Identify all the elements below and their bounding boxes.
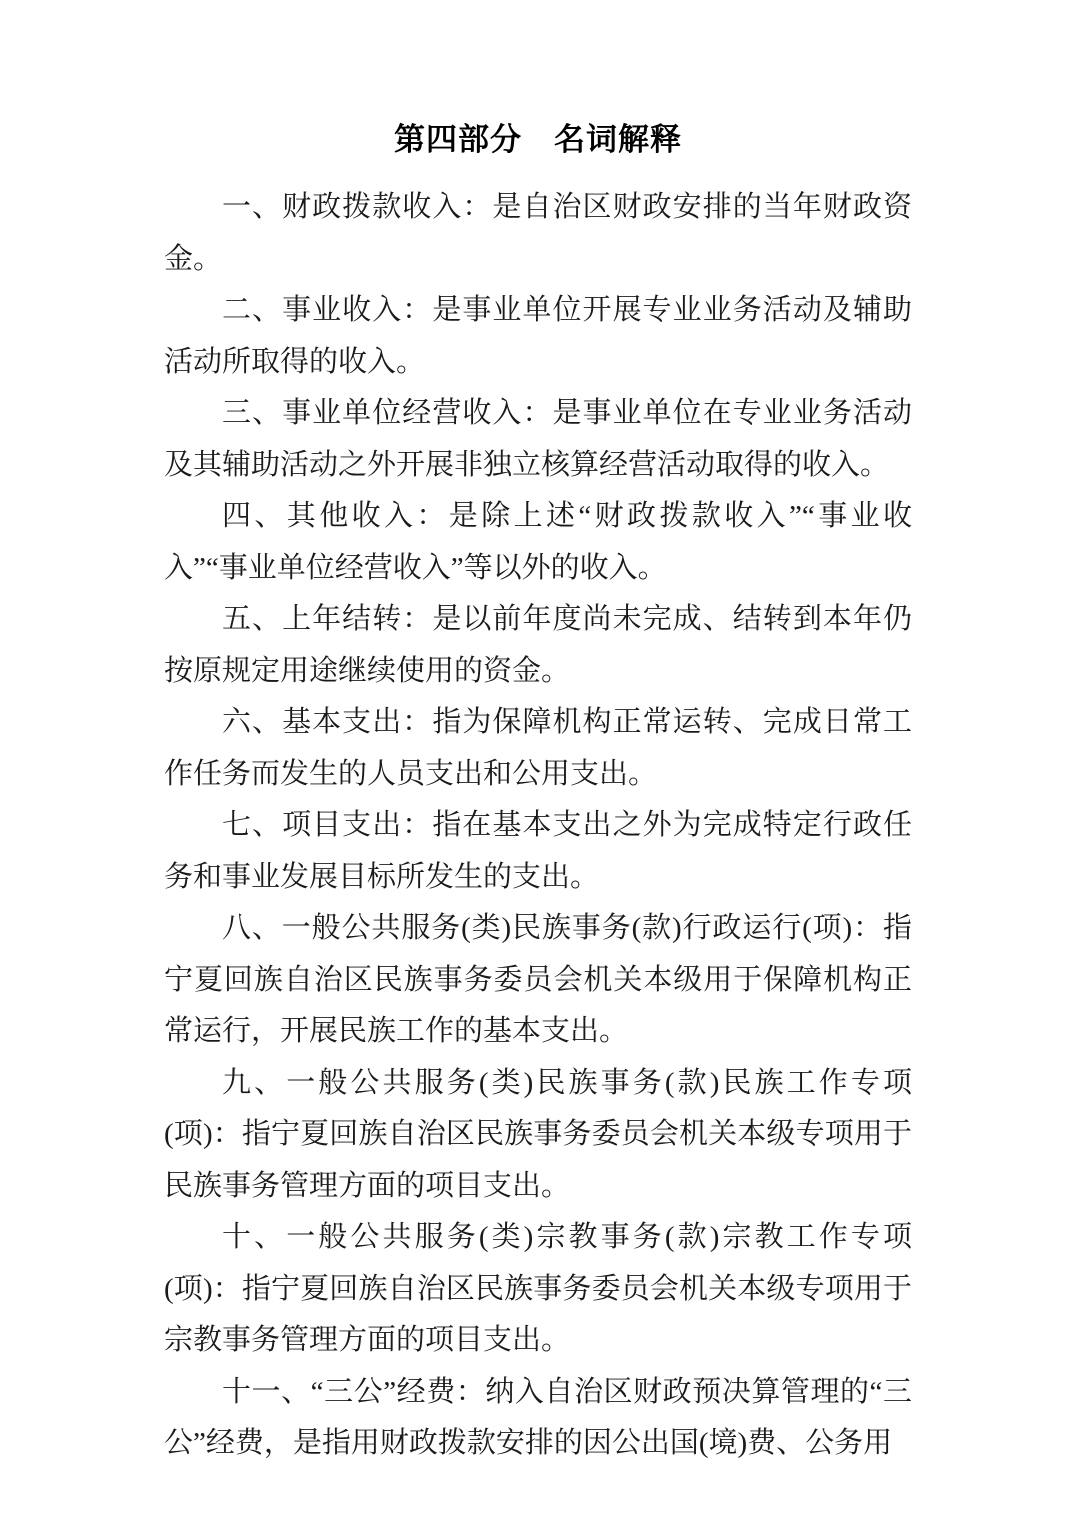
- definition-paragraph-10: 十、一般公共服务(类)宗教事务(款)宗教工作专项(项)：指宁夏回族自治区民族事务…: [164, 1212, 912, 1367]
- definition-paragraph-5: 五、上年结转：是以前年度尚未完成、结转到本年仍按原规定用途继续使用的资金。: [164, 594, 912, 697]
- definition-paragraph-8: 八、一般公共服务(类)民族事务(款)行政运行(项)：指宁夏回族自治区民族事务委员…: [164, 903, 912, 1058]
- definition-paragraph-7: 七、项目支出：指在基本支出之外为完成特定行政任务和事业发展目标所发生的支出。: [164, 800, 912, 903]
- definition-paragraph-4: 四、其他收入：是除上述“财政拨款收入”“事业收入”“事业单位经营收入”等以外的收…: [164, 491, 912, 594]
- definition-paragraph-6: 六、基本支出：指为保障机构正常运转、完成日常工作任务而发生的人员支出和公用支出。: [164, 697, 912, 800]
- document-body: 第四部分 名词解释 一、财政拨款收入：是自治区财政安排的当年财政资金。 二、事业…: [164, 120, 912, 1470]
- definition-paragraph-9: 九、一般公共服务(类)民族事务(款)民族工作专项(项)：指宁夏回族自治区民族事务…: [164, 1058, 912, 1213]
- document-page: 第四部分 名词解释 一、财政拨款收入：是自治区财政安排的当年财政资金。 二、事业…: [0, 0, 1074, 1520]
- page-title: 第四部分 名词解释: [164, 120, 912, 160]
- definition-paragraph-11: 十一、“三公”经费：纳入自治区财政预决算管理的“三公”经费，是指用财政拨款安排的…: [164, 1367, 912, 1470]
- definition-paragraph-2: 二、事业收入：是事业单位开展专业业务活动及辅助活动所取得的收入。: [164, 285, 912, 388]
- definition-paragraph-1: 一、财政拨款收入：是自治区财政安排的当年财政资金。: [164, 182, 912, 285]
- definition-paragraph-3: 三、事业单位经营收入：是事业单位在专业业务活动及其辅助活动之外开展非独立核算经营…: [164, 388, 912, 491]
